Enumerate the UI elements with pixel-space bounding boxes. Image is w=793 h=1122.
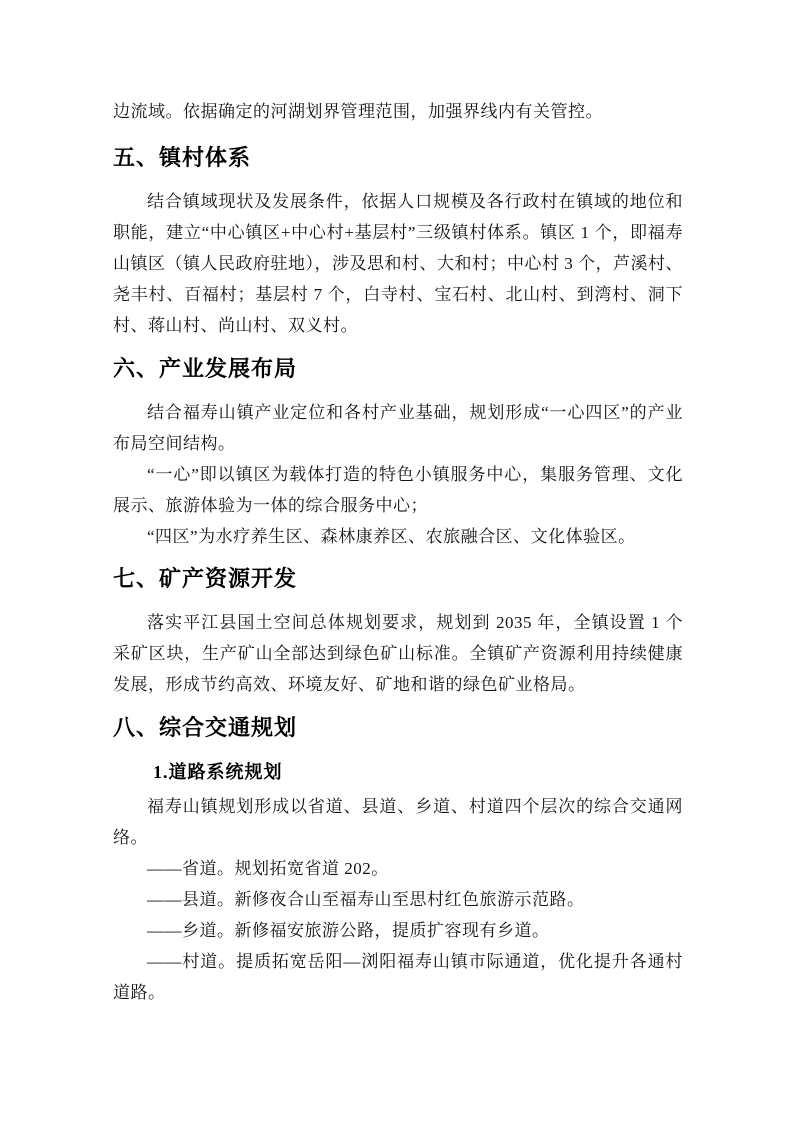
paragraph-county-road: ——县道。新修夜合山至福寿山至思村红色旅游示范路。 <box>113 884 683 915</box>
paragraph-road-network-overview: 福寿山镇规划形成以省道、县道、乡道、村道四个层次的综合交通网络。 <box>113 791 683 853</box>
paragraph-provincial-road: ——省道。规划拓宽省道 202。 <box>113 853 683 884</box>
section-heading-mineral-resources: 七、矿产资源开发 <box>113 566 683 592</box>
paragraph-four-zones: “四区”为水疗养生区、森林康养区、农旅融合区、文化体验区。 <box>113 521 683 552</box>
subsection-heading-road-system: 1.道路系统规划 <box>113 760 683 784</box>
paragraph-town-village-system: 结合镇域现状及发展条件，依据人口规模及各行政村在镇域的地位和职能，建立“中心镇区… <box>113 186 683 341</box>
document-page: 边流域。依据确定的河湖划界管理范围，加强界线内有关管控。 五、镇村体系 结合镇域… <box>0 0 793 1122</box>
paragraph-mineral-resources: 落实平江县国土空间总体规划要求，规划到 2035 年，全镇设置 1 个采矿区块，… <box>113 607 683 700</box>
paragraph-industry-structure: 结合福寿山镇产业定位和各村产业基础，规划形成“一心四区”的产业布局空间结构。 <box>113 397 683 459</box>
section-heading-town-village-system: 五、镇村体系 <box>113 145 683 171</box>
section-heading-industry-layout: 六、产业发展布局 <box>113 356 683 382</box>
section-heading-transport-planning: 八、综合交通规划 <box>113 715 683 741</box>
paragraph-continuation: 边流域。依据确定的河湖划界管理范围，加强界线内有关管控。 <box>113 96 683 127</box>
paragraph-township-road: ——乡道。新修福安旅游公路，提质扩容现有乡道。 <box>113 915 683 946</box>
paragraph-village-road: ——村道。提质拓宽岳阳—浏阳福寿山镇市际通道，优化提升各通村道路。 <box>113 946 683 1008</box>
paragraph-one-center: “一心”即以镇区为载体打造的特色小镇服务中心，集服务管理、文化展示、旅游体验为一… <box>113 459 683 521</box>
